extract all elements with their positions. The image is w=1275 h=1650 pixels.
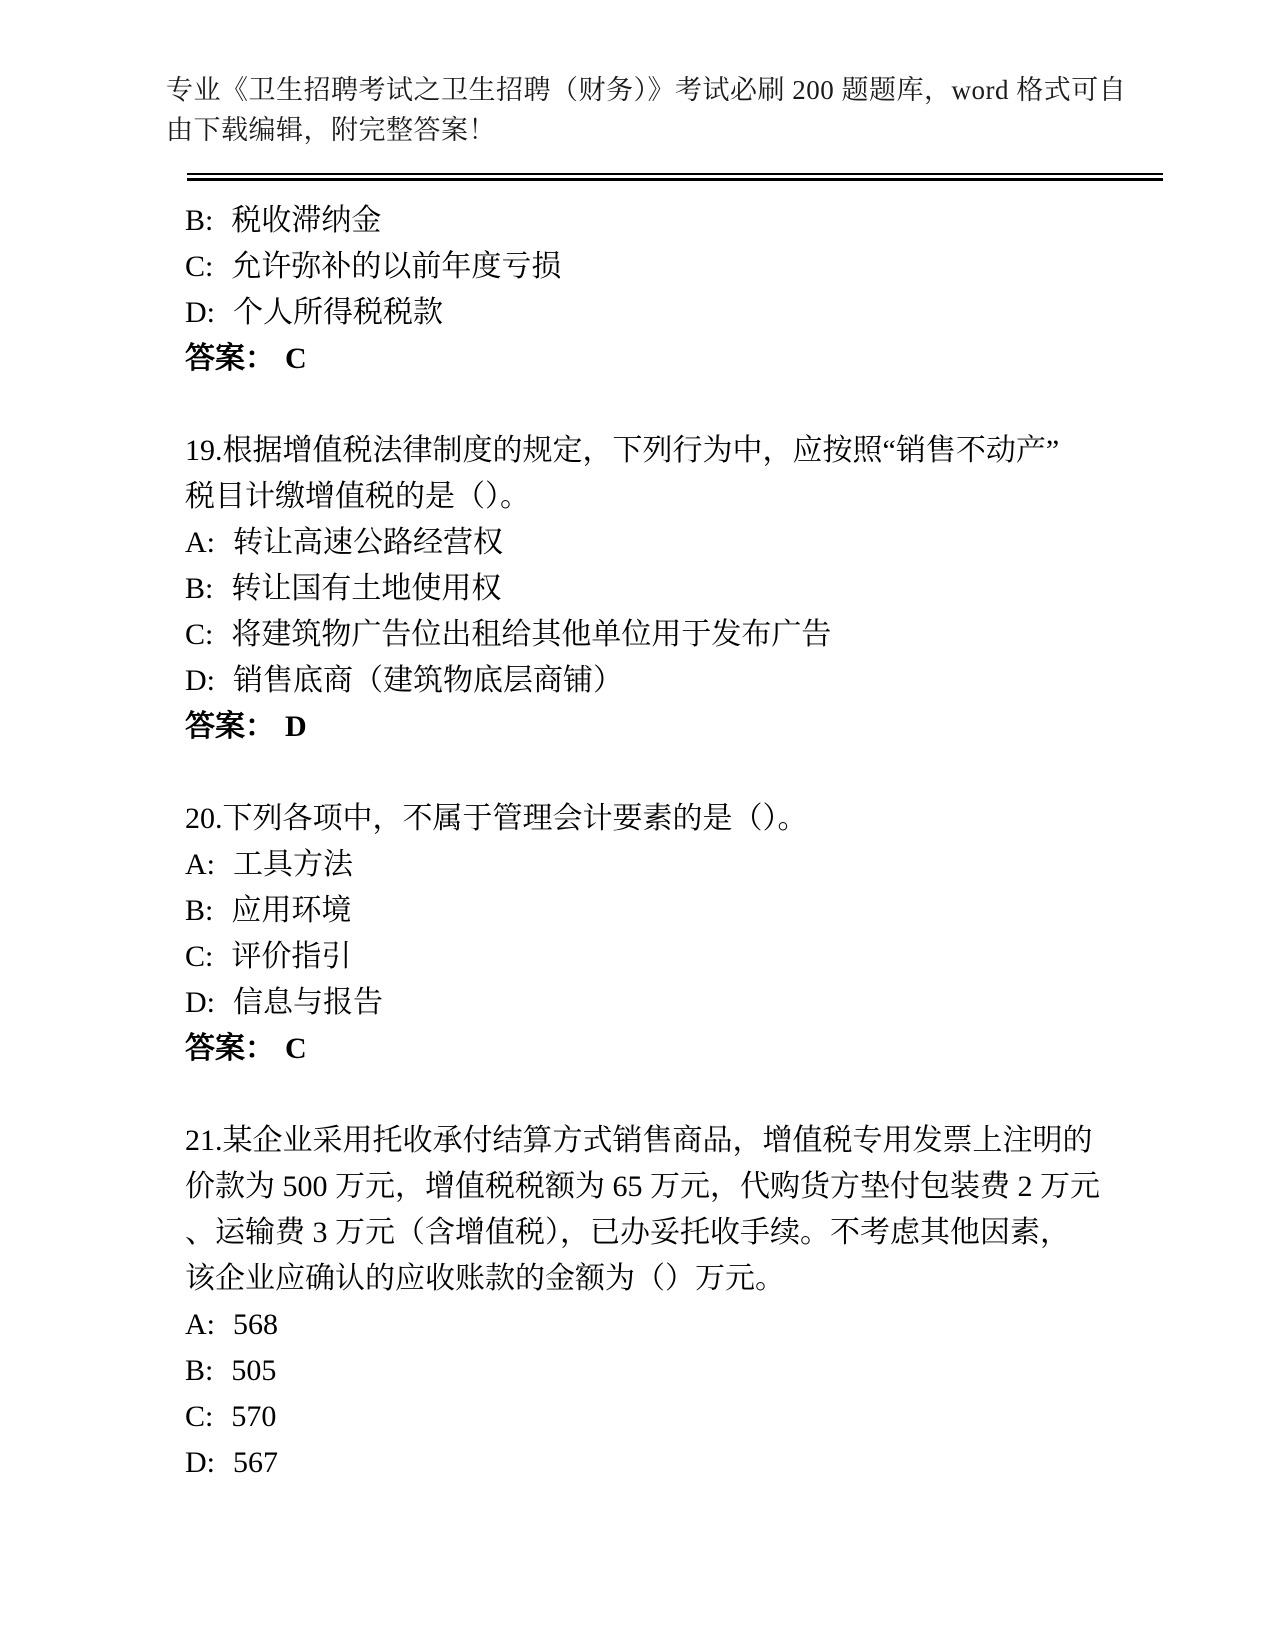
- answer-label: 答案：: [185, 1026, 275, 1072]
- answer-value: C: [285, 342, 307, 375]
- option-label: D:: [185, 658, 215, 704]
- option-label: B:: [185, 1348, 213, 1394]
- header-title-line: 专业《卫生招聘考试之卫生招聘（财务）》考试必刷 200 题题库，word 格式可…: [166, 70, 1275, 110]
- option-row: A:568: [185, 1302, 1275, 1348]
- option-text: 505: [231, 1354, 276, 1387]
- option-label: C:: [185, 244, 213, 290]
- document-page: 专业《卫生招聘考试之卫生招聘（财务）》考试必刷 200 题题库，word 格式可…: [0, 0, 1275, 1650]
- option-text: 转让高速公路经营权: [233, 526, 503, 559]
- option-row: D:个人所得税税款: [185, 290, 1275, 336]
- option-row: C:评价指引: [185, 934, 1275, 980]
- option-text: 税收滞纳金: [231, 204, 381, 237]
- option-row: B:505: [185, 1348, 1275, 1394]
- option-text: 信息与报告: [233, 986, 383, 1019]
- question-stem-line: 价款为 500 万元，增值税税额为 65 万元，代购货方垫付包装费 2 万元: [185, 1164, 1275, 1210]
- option-text: 570: [231, 1400, 276, 1433]
- option-row: A:转让高速公路经营权: [185, 520, 1275, 566]
- question-stem-line: 税目计缴增值税的是（）。: [185, 474, 1275, 520]
- exam-body: B:税收滞纳金 C:允许弥补的以前年度亏损 D:个人所得税税款 答案：C 19.…: [0, 181, 1275, 1486]
- option-text: 允许弥补的以前年度亏损: [231, 250, 561, 283]
- answer-value: C: [285, 1032, 307, 1065]
- option-row: C:570: [185, 1394, 1275, 1440]
- header-title-line: 由下载编辑，附完整答案！: [166, 110, 1275, 150]
- answer-row: 答案：C: [185, 1026, 1275, 1072]
- option-row: A:工具方法: [185, 842, 1275, 888]
- option-label: C:: [185, 612, 213, 658]
- option-row: C:将建筑物广告位出租给其他单位用于发布广告: [185, 612, 1275, 658]
- option-text: 销售底商（建筑物底层商铺）: [233, 664, 623, 697]
- answer-label: 答案：: [185, 336, 275, 382]
- option-label: A:: [185, 842, 215, 888]
- option-text: 567: [233, 1446, 278, 1479]
- option-label: D:: [185, 1440, 215, 1486]
- option-row: D:信息与报告: [185, 980, 1275, 1026]
- option-label: C:: [185, 1394, 213, 1440]
- answer-value: D: [285, 710, 307, 743]
- option-row: D:销售底商（建筑物底层商铺）: [185, 658, 1275, 704]
- exam-header: 专业《卫生招聘考试之卫生招聘（财务）》考试必刷 200 题题库，word 格式可…: [0, 0, 1275, 181]
- option-row: B:转让国有土地使用权: [185, 566, 1275, 612]
- option-row: D:567: [185, 1440, 1275, 1486]
- question-stem-line: 、运输费 3 万元（含增值税），已办妥托收手续。不考虑其他因素，: [185, 1210, 1275, 1256]
- option-label: B:: [185, 198, 213, 244]
- question-stem-line: 20.下列各项中，不属于管理会计要素的是（）。: [185, 796, 1275, 842]
- question-stem-line: 该企业应确认的应收账款的金额为（）万元。: [185, 1256, 1275, 1302]
- option-text: 应用环境: [231, 894, 351, 927]
- option-text: 评价指引: [231, 940, 351, 973]
- option-label: D:: [185, 980, 215, 1026]
- answer-label: 答案：: [185, 704, 275, 750]
- question-block-21: 21.某企业采用托收承付结算方式销售商品，增值税专用发票上注明的 价款为 500…: [185, 1118, 1275, 1486]
- option-label: C:: [185, 934, 213, 980]
- answer-row: 答案：D: [185, 704, 1275, 750]
- question-stem-line: 19.根据增值税法律制度的规定，下列行为中，应按照“销售不动产”: [185, 428, 1275, 474]
- option-label: A:: [185, 1302, 215, 1348]
- option-text: 568: [233, 1308, 278, 1341]
- question-block-partial: B:税收滞纳金 C:允许弥补的以前年度亏损 D:个人所得税税款 答案：C: [185, 198, 1275, 382]
- header-rule: [187, 173, 1163, 181]
- question-block-19: 19.根据增值税法律制度的规定，下列行为中，应按照“销售不动产” 税目计缴增值税…: [185, 428, 1275, 750]
- option-label: B:: [185, 566, 213, 612]
- option-text: 个人所得税税款: [233, 296, 443, 329]
- option-row: B:应用环境: [185, 888, 1275, 934]
- question-block-20: 20.下列各项中，不属于管理会计要素的是（）。 A:工具方法 B:应用环境 C:…: [185, 796, 1275, 1072]
- option-text: 将建筑物广告位出租给其他单位用于发布广告: [231, 618, 831, 651]
- answer-row: 答案：C: [185, 336, 1275, 382]
- question-stem-line: 21.某企业采用托收承付结算方式销售商品，增值税专用发票上注明的: [185, 1118, 1275, 1164]
- option-text: 转让国有土地使用权: [231, 572, 501, 605]
- option-label: A:: [185, 520, 215, 566]
- option-row: B:税收滞纳金: [185, 198, 1275, 244]
- option-row: C:允许弥补的以前年度亏损: [185, 244, 1275, 290]
- option-text: 工具方法: [233, 848, 353, 881]
- option-label: D:: [185, 290, 215, 336]
- option-label: B:: [185, 888, 213, 934]
